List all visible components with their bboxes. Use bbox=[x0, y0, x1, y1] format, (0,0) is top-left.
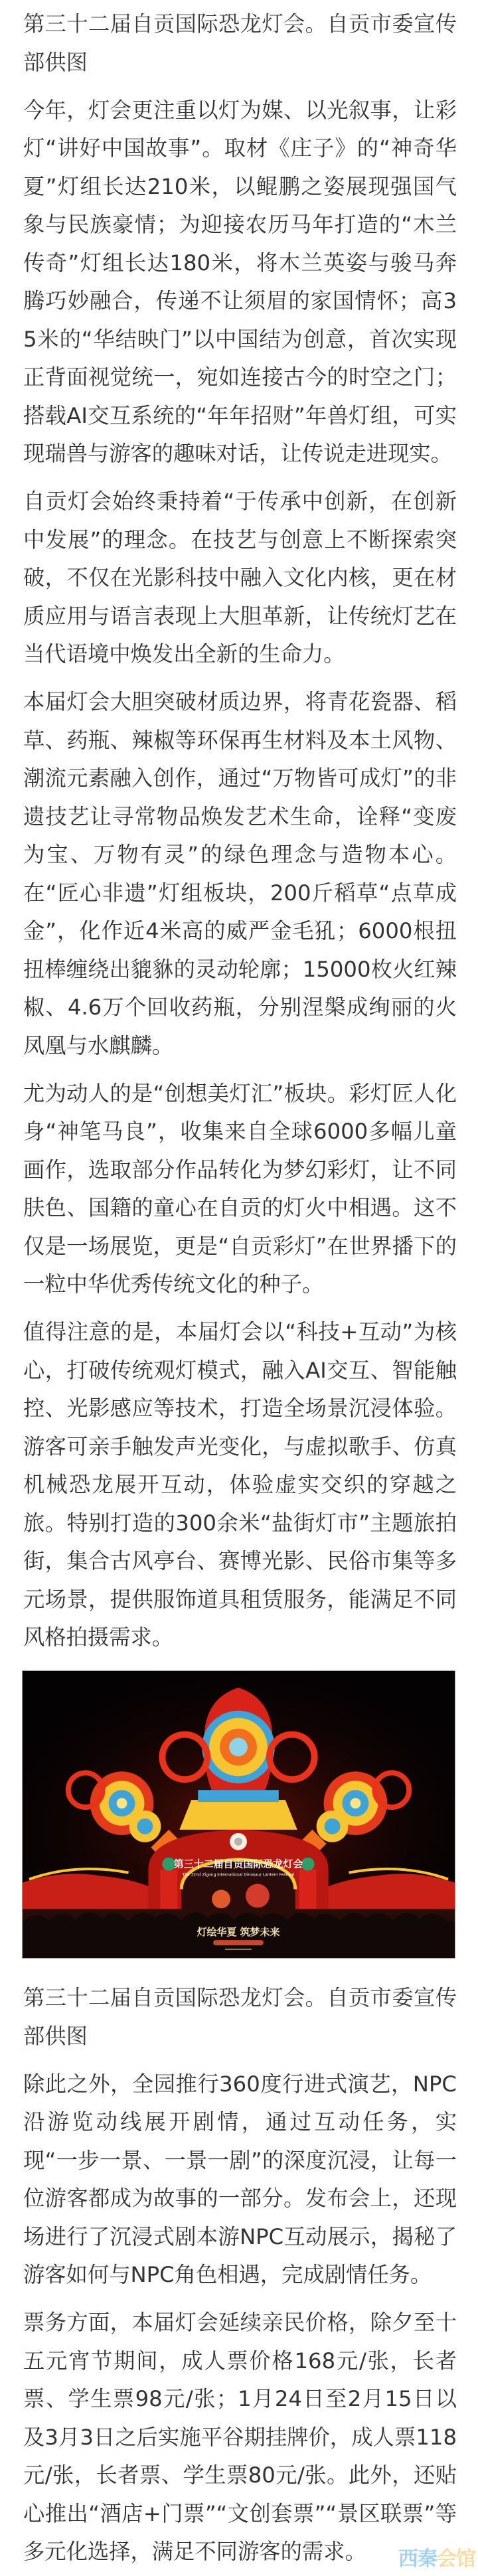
paragraph-npc-performance: 除此之外，全园推行360度行进式演艺，NPC沿游览动线展开剧情，通过互动任务，实… bbox=[23, 2065, 457, 2294]
slogan-text: 灯绘华夏 筑梦未来 bbox=[197, 1926, 280, 1938]
paragraph-creative-lanterns: 尤为动人的是“创想美灯汇”板块。彩灯匠人化身“神笔马良”，收集来自全球6000多… bbox=[23, 1075, 457, 1304]
banner-cn-text: 第三十二届自贡国际恐龙灯会 bbox=[174, 1858, 303, 1870]
article-top: 第三十二届自贡国际恐龙灯会。自贡市委宣传部供图 今年，灯会更注重以灯为媒、以光叙… bbox=[23, 5, 457, 1666]
paragraph-materials: 本届灯会大胆突破材质边界，将青花瓷器、稻草、药瓶、辣椒等环保再生材料及本土风物、… bbox=[23, 683, 457, 1065]
watermark-part-a: 西秦 bbox=[398, 2547, 437, 2571]
paragraph-innovation: 自贡灯会始终秉持着“于传承中创新，在创新中发展”的理念。在技艺与创意上不断探索突… bbox=[23, 483, 457, 674]
watermark-logo: 西秦会馆 bbox=[398, 2548, 475, 2571]
paragraph-storytelling: 今年，灯会更注重以灯为媒、以光叙事，让彩灯“讲好中国故事”。取材《庄子》的“神奇… bbox=[23, 92, 457, 473]
watermark-part-b: 会馆 bbox=[437, 2547, 475, 2571]
paragraph-ticketing: 票务方面，本届灯会延续亲民价格，除夕至十五元宵节期间，成人票价格168元/张，长… bbox=[23, 2304, 457, 2571]
lantern-gate-image: 第三十二届自贡国际恐龙灯会 The 32nd Zigong Internatio… bbox=[23, 1671, 455, 1958]
photo-caption: 第三十二届自贡国际恐龙灯会。自贡市委宣传部供图 bbox=[23, 5, 457, 82]
banner-en-text: The 32nd Zigong International Dinosaur L… bbox=[182, 1873, 295, 1878]
photo-caption: 第三十二届自贡国际恐龙灯会。自贡市委宣传部供图 bbox=[23, 1979, 457, 2055]
article-bottom: 第三十二届自贡国际恐龙灯会。自贡市委宣传部供图 除此之外，全园推行360度行进式… bbox=[23, 1979, 457, 2576]
paragraph-tech-interaction: 值得注意的是，本届灯会以“科技+互动”为核心，打破传统观灯模式，融入AI交互、智… bbox=[23, 1313, 457, 1657]
lantern-gate-photo[interactable]: 第三十二届自贡国际恐龙灯会 The 32nd Zigong Internatio… bbox=[22, 1670, 455, 1959]
